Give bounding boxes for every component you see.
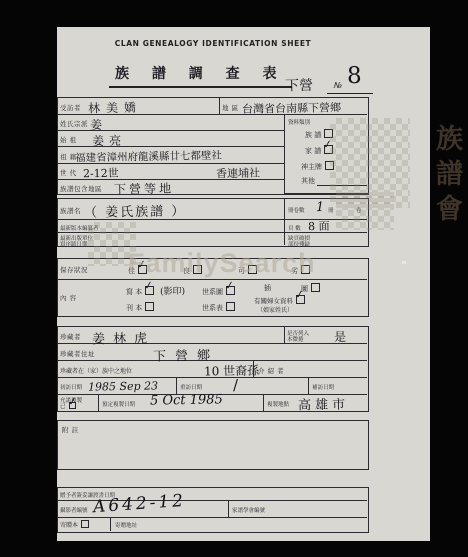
table-row: 內 容 寫 本 (影印) 刊 本 世系圖 世系表 插 圖 有關婦女資料 （娘家姓… — [58, 280, 367, 316]
form-page: CLAN GENEALOGY IDENTIFICATION SHEET 族 譜 … — [57, 27, 430, 541]
included-value: 是 — [334, 328, 346, 345]
table-row: 世 代 2-12世 香連埔社 — [58, 164, 284, 180]
photographer-label: 攝影者編號 — [60, 506, 88, 514]
revisit-label: 重訪日期 — [180, 383, 202, 391]
content-label: 內 容 — [60, 293, 77, 302]
donation-address-label: 寄贈地址 — [115, 521, 137, 529]
number-underline — [327, 93, 373, 94]
number-label: № — [334, 81, 343, 90]
generations-extra: 香連埔社 — [216, 165, 260, 182]
material-other-label: 其他 — [301, 176, 315, 186]
revisit-value: ∕ — [233, 376, 238, 394]
women-note: （娘家姓氏） — [257, 305, 293, 314]
copy-date-label: 預定複製日期 — [102, 400, 135, 408]
first-visit-label: 初訪日期 — [60, 383, 82, 391]
table-row: 允諾複製 已 預定複製日期 5 Oct 1985 複製地點 高雄市 — [58, 395, 367, 411]
table-row: 始 祖 姜亮 — [58, 131, 284, 147]
familysearch-watermark: FamilySearch — [128, 248, 316, 279]
chinese-title: 族 譜 調 查 表 — [109, 63, 292, 88]
pages-value: 8 面 — [308, 218, 330, 234]
content-manuscript: 寫 本 — [126, 286, 154, 297]
generations-value: 2-12世 — [83, 165, 119, 182]
english-title: CLAN GENEALOGY IDENTIFICATION SHEET — [57, 39, 369, 48]
block-watermark — [336, 192, 394, 230]
seal-stamp: 族譜會 — [424, 124, 466, 252]
table-row: 受訪者 林美嬌 地 區 台灣省台南縣下營鄉 — [58, 98, 367, 115]
manuscript-checkbox — [145, 286, 154, 295]
ancestor-label: 始 祖 — [60, 135, 77, 144]
followup-label: 補訪日期 — [312, 383, 334, 391]
introducer-label: 介 紹 者 — [258, 366, 284, 375]
book-title-label: 族譜名 — [60, 206, 81, 215]
table-row: 族譜包含地區 下營等地 — [58, 180, 284, 195]
lineage-table-checkbox — [226, 302, 235, 311]
copy-place-label: 複製地點 — [267, 400, 289, 408]
condition-label: 保存狀況 — [60, 265, 88, 274]
region-handwritten: 下營 — [285, 75, 313, 95]
table-row: 寄贈本 寄贈地址 — [58, 518, 367, 531]
interviewee-value: 林美嬌 — [88, 99, 142, 117]
consent-done: 已 — [60, 402, 76, 410]
content-lineage-chart: 世系圖 — [202, 286, 235, 297]
material-option-jiapu: 家 譜 — [305, 145, 333, 156]
notes-label: 附 註 — [62, 425, 79, 434]
printed-checkbox — [145, 302, 154, 311]
keeper-position-value: 10 世裔孫 — [204, 362, 259, 380]
women-checkbox — [296, 295, 305, 304]
donation-checkbox — [81, 520, 89, 528]
table-row: 珍藏者 姜林虎 是否列入 本微捲 是 — [58, 327, 367, 344]
sheet-number: 8 — [347, 63, 362, 89]
coverage-value: 下營等地 — [114, 179, 174, 197]
keeper-label: 珍藏者 — [60, 332, 81, 341]
table-row: 珍藏者在（家）族中之地位 10 世裔孫 介 紹 者 — [58, 361, 367, 378]
clan-label: 姓氏宗派 — [60, 119, 88, 128]
table-row: 祖 籍 福建省漳州府龍溪縣廿七都壁社 — [58, 147, 284, 164]
damage-label-2: 部份殘缺 — [288, 240, 310, 248]
notes-box: 附 註 — [57, 420, 369, 470]
pages-label: 頁 數 — [288, 224, 301, 232]
consent-checkbox — [69, 402, 76, 409]
lineage-chart-checkbox — [226, 286, 235, 295]
scan-speck — [402, 261, 406, 264]
keeper-table: 珍藏者 姜林虎 是否列入 本微捲 是 珍藏者住址 下營鄉 珍藏者在（家）族中之地… — [57, 326, 369, 412]
illustration-checkbox — [311, 283, 320, 292]
volumes-value: 1 — [316, 200, 325, 215]
keeper-position-label: 珍藏者在（家）族中之地位 — [60, 366, 132, 375]
copy-date-value: 5 Oct 1985 — [150, 392, 223, 408]
book-title-value: （ 姜氏族譜 ） — [84, 200, 187, 221]
generations-label: 世 代 — [60, 168, 77, 177]
material-header: 資料類別 — [288, 118, 310, 126]
preface-label: 寫序跋日期 — [60, 240, 88, 248]
society-label: 家譜學會編號 — [232, 506, 265, 514]
donation-copy: 寄贈本 — [60, 520, 89, 529]
illustration-label-1: 插 — [264, 283, 271, 293]
table-row: 族譜名 （ 姜氏族譜 ） 冊卷數 1 冊 卷 — [58, 199, 367, 220]
area-label: 地 區 — [222, 103, 239, 112]
volumes-label: 冊卷數 — [288, 206, 305, 214]
included-label-2: 本微捲 — [287, 335, 304, 343]
interviewee-label: 受訪者 — [60, 103, 81, 112]
copy-place-value: 高雄市 — [298, 394, 349, 414]
content-printed: 刊 本 — [126, 302, 154, 313]
first-visit-value: 1985 Sep 23 — [88, 379, 158, 393]
manuscript-note: (影印) — [160, 284, 185, 297]
content-lineage-table: 世系表 — [202, 302, 235, 313]
table-row: 姓氏宗派 姜 — [58, 115, 284, 131]
keeper-address-label: 珍藏者住址 — [60, 349, 95, 358]
coverage-label: 族譜包含地區 — [60, 184, 102, 193]
table-row: 珍藏者住址 下營鄉 — [58, 344, 367, 361]
content-women: 有關婦女資料 — [254, 295, 305, 305]
bottom-table: 贈予者簽妥讓渡書日期 攝影者編號 家譜學會編號 寄贈本 寄贈地址 A642-12 — [57, 487, 369, 533]
info-table: 受訪者 林美嬌 地 區 台灣省台南縣下營鄉 姓氏宗派 姜 始 祖 姜亮 祖 籍 … — [57, 97, 369, 195]
origin-value: 福建省漳州府龍溪縣廿七都壁社 — [75, 148, 222, 166]
scanned-document: CLAN GENEALOGY IDENTIFICATION SHEET 族 譜 … — [0, 0, 468, 557]
